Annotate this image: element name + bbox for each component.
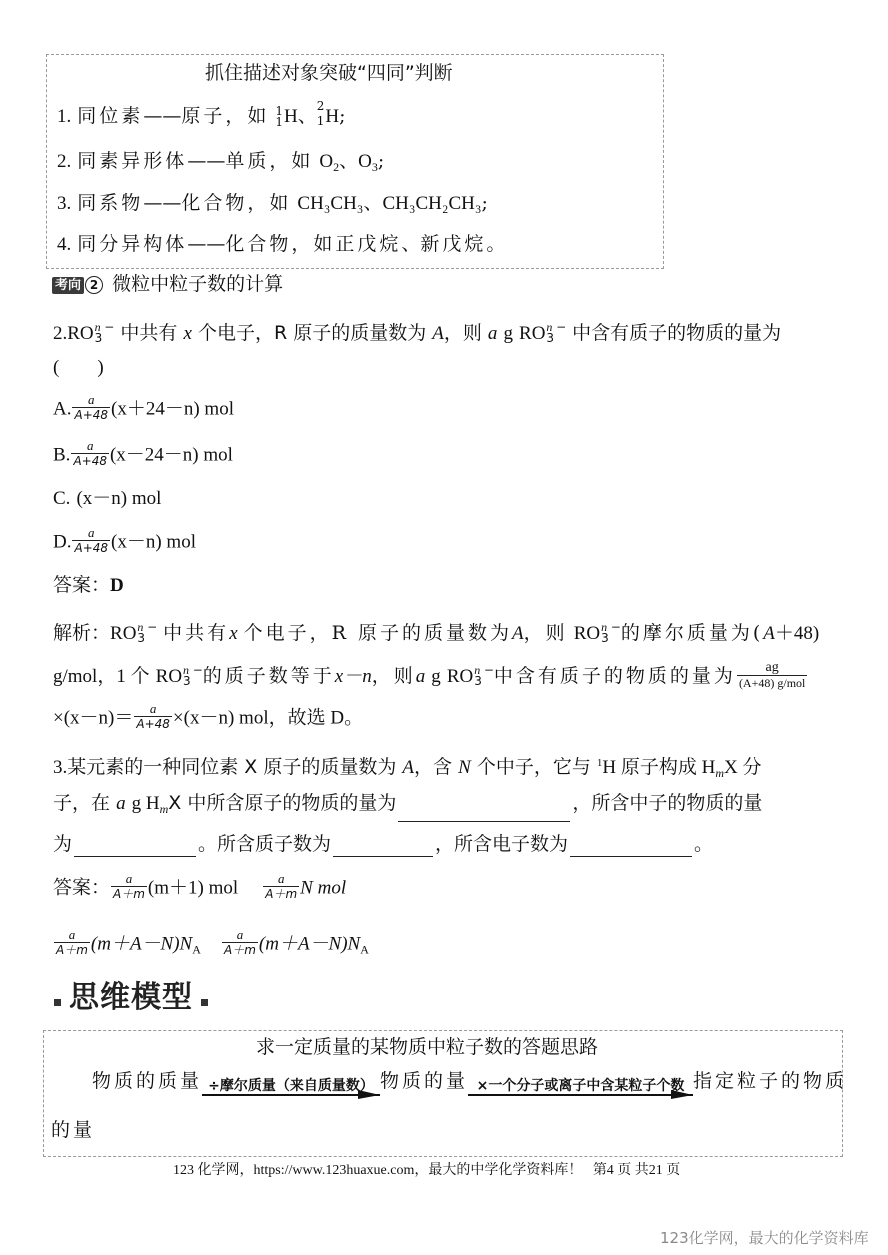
blank-atom-amount[interactable] — [398, 801, 570, 822]
option-a[interactable]: A.aA+48(x＋24－n) mol — [53, 395, 234, 424]
topic-heading: 考向2 微粒中粒子数的计算 — [52, 271, 283, 297]
model-flow-continued: 的量 — [51, 1116, 95, 1144]
question-3-answer-line2: aA＋m(m＋A－N)NA aA＋m(m＋A－N)NA — [53, 930, 369, 963]
question-3-stem-line2: 子，在 a g HmX 中所含原子的物质的量为，所含中子的物质的量 — [53, 790, 762, 822]
concept-box-title: 抓住描述对象突破“四同”判断 — [205, 60, 453, 86]
concept-item-homolog: 3. 同系物——化合物，如 CH₃CH₃、CH₃CH₂CH₃; — [57, 190, 488, 217]
page-footer: 123 化学网，https://www.123huaxue.com，最大的中学化… — [173, 1160, 680, 1181]
blank-neutron-amount[interactable] — [74, 836, 196, 857]
blank-electron-count[interactable] — [570, 836, 692, 857]
footer-site-text: 123 化学网，https://www.123huaxue.com，最大的中学化… — [173, 1163, 582, 1178]
square-bullet-icon — [201, 999, 208, 1006]
topic-badge: 考向 — [52, 277, 84, 294]
topic-number-icon: 2 — [85, 276, 103, 294]
blank-proton-count[interactable] — [333, 836, 433, 857]
right-arrow-icon — [202, 1094, 380, 1096]
section-heading-thinking-model: 思维模型 — [50, 978, 216, 1021]
concept-item-isomer: 4. 同分异构体——化合物，如正戊烷、新戊烷。 — [57, 231, 505, 258]
question-2-analysis-line3: ×(x－n)＝aA+48×(x－n) mol，故选 D。 — [53, 704, 363, 733]
option-d[interactable]: D.aA+48(x－n) mol — [53, 528, 196, 557]
topic-title: 微粒中粒子数的计算 — [112, 273, 283, 295]
model-flow: 物质的质量÷摩尔质量（来自质量数）物质的量×一个分子或离子中含某粒子个数指定粒子… — [92, 1066, 847, 1096]
arrow-multiply-particle-count: ×一个分子或离子中含某粒子个数 — [468, 1078, 693, 1096]
concept-item-isotope: 1. 同位素——原子，如 11H、21H; — [57, 102, 346, 132]
model-box-title: 求一定质量的某物质中粒子数的答题思路 — [256, 1034, 598, 1060]
footer-page-number: 第4 页 共21 页 — [593, 1163, 681, 1178]
right-arrow-icon — [468, 1094, 693, 1096]
arrow-divide-molar-mass: ÷摩尔质量（来自质量数） — [202, 1078, 380, 1096]
question-2-stem-line1: 2.ROn3− 中共有 x 个电子，R 原子的质量数为 A，则 a g ROn3… — [53, 314, 781, 347]
question-2-analysis-line1: 解析：ROn3− 中共有x 个电子，R 原子的质量数为A，则 ROn3−的摩尔质… — [53, 614, 819, 647]
question-3-answer-line1: 答案：aA＋m(m＋1) mol aA＋mN mol — [53, 874, 346, 903]
question-2-answer-paren: ( ) — [53, 355, 104, 381]
watermark: 123化学网，最大的化学资料库 — [660, 1227, 869, 1248]
question-3-stem-line1: 3.某元素的一种同位素 X 原子的质量数为 A，含 N 个中子，它与 1H 原子… — [53, 750, 761, 786]
question-2-analysis-line2: g/mol，1 个 ROn3−的质子数等于x－n，则a g ROn3−中含有质子… — [53, 657, 808, 692]
concept-item-allotrope: 2. 同素异形体——单质，如 O2、O3; — [57, 148, 384, 180]
option-b[interactable]: B.aA+48(x－24－n) mol — [53, 441, 233, 470]
question-3-stem-line3: 为。所含质子数为，所含电子数为。 — [53, 831, 713, 857]
square-bullet-icon — [54, 999, 61, 1006]
question-2-answer: 答案：D — [53, 572, 124, 599]
option-c[interactable]: C. (x－n) mol — [53, 485, 161, 512]
